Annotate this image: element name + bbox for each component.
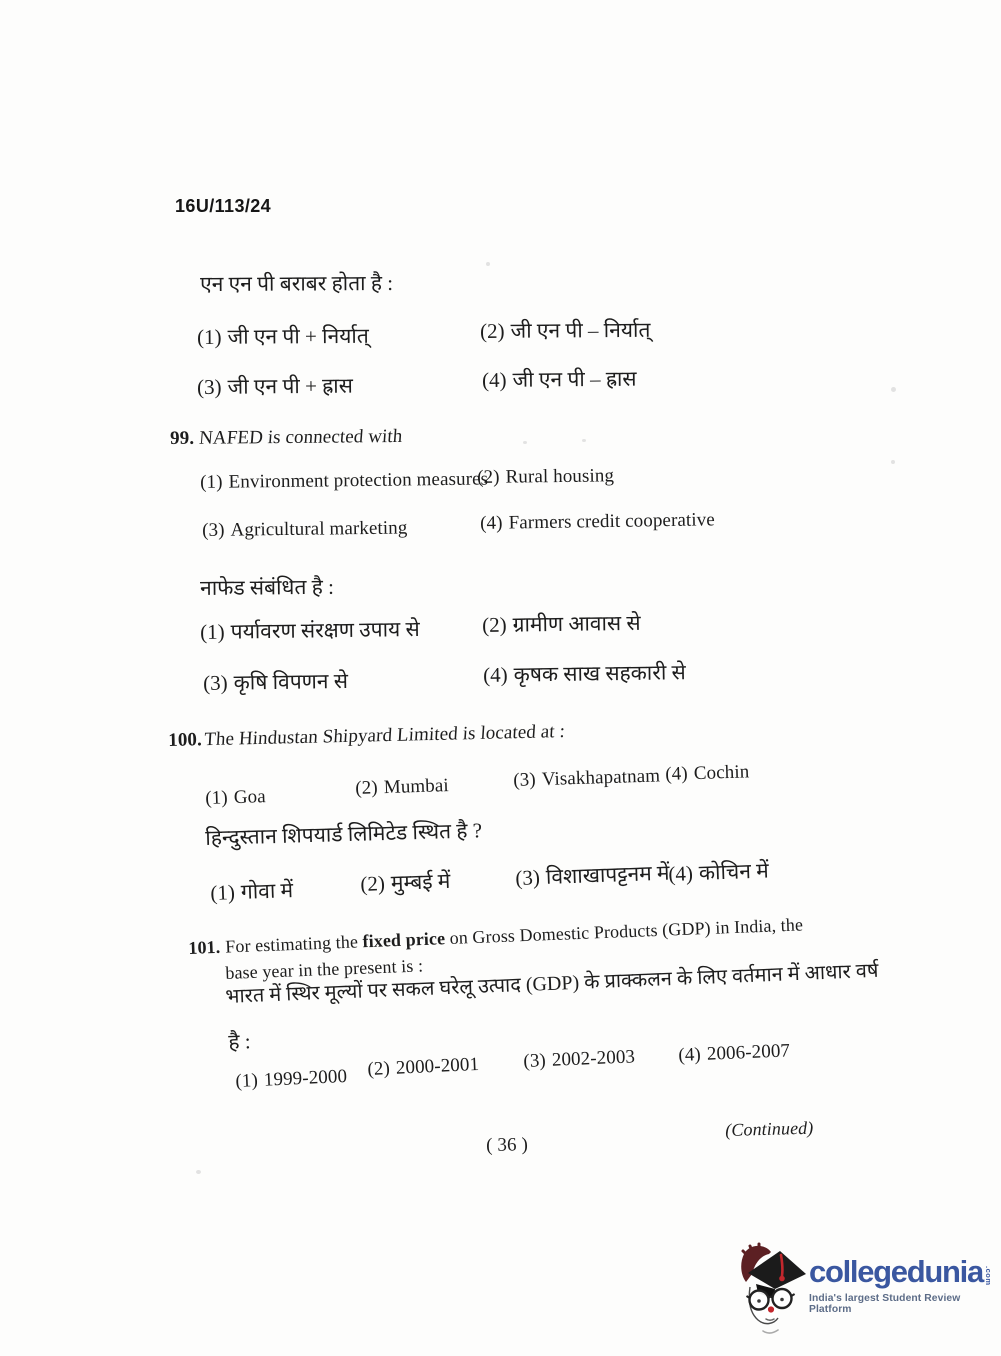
option-number: (4) xyxy=(665,763,688,785)
option-number: (3) xyxy=(203,671,228,695)
q99-option-4-hi: (4)कृषक साख सहकारी से xyxy=(483,660,686,687)
scan-speck xyxy=(582,439,586,442)
q100-option-4-hi: (4)कोचिन में xyxy=(668,858,769,886)
option-number: (1) xyxy=(200,472,223,493)
q99-option-4-en: (4)Farmers credit cooperative xyxy=(480,509,715,535)
option-text: Cochin xyxy=(693,761,749,784)
collegedunia-logo: collegedunia .com India's largest Studen… xyxy=(735,1241,997,1341)
q101-option-3: (3)2002-2003 xyxy=(523,1046,636,1073)
option-text: जी एन पी + ह्रास xyxy=(227,374,353,399)
q98-option-2: (2)जी एन पी – निर्यात् xyxy=(480,318,651,343)
option-text: Rural housing xyxy=(505,465,614,487)
option-text: कोचिन में xyxy=(698,858,769,884)
q100-option-3-hi: (3)विशाखापट्टनम में xyxy=(515,861,670,891)
q99-prompt-hindi: नाफेड संबंधित है : xyxy=(200,575,334,600)
option-number: (4) xyxy=(482,368,507,392)
brand-name: collegedunia xyxy=(809,1256,983,1287)
question-text-part: For estimating the xyxy=(225,931,363,956)
option-text: कृषक साख सहकारी से xyxy=(513,660,685,686)
q100-question-english: 100.The Hindustan Shipyard Limited is lo… xyxy=(168,721,565,752)
option-number: (1) xyxy=(235,1070,258,1092)
question-number: 99. xyxy=(170,428,194,449)
option-text: ग्रामीण आवास से xyxy=(512,611,640,637)
option-number: (3) xyxy=(202,520,225,541)
q100-option-3-en: (3)Visakhapatnam xyxy=(513,765,660,791)
option-text: जी एन पी – ह्रास xyxy=(512,367,636,392)
logo-text-block: collegedunia .com India's largest Studen… xyxy=(809,1241,997,1341)
option-number: (2) xyxy=(480,319,505,343)
q100-option-2-hi: (2)मुम्बई में xyxy=(360,869,451,896)
option-number: (4) xyxy=(668,861,693,886)
option-text: गोवा में xyxy=(240,878,293,904)
option-number: (2) xyxy=(355,777,378,799)
option-text: कृषि विपणन से xyxy=(233,669,348,695)
option-text: मुम्बई में xyxy=(390,869,450,895)
q98-option-3: (3)जी एन पी + ह्रास xyxy=(197,374,353,399)
brand-tld: .com xyxy=(984,1266,993,1286)
option-number: (4) xyxy=(480,513,503,534)
option-text: जी एन पी + निर्यात् xyxy=(227,324,368,349)
option-text: Environment protection measures xyxy=(228,468,488,492)
q100-prompt-hindi: हिन्दुस्तान शिपयार्ड लिमिटेड स्थित है ? xyxy=(205,818,482,850)
option-number: (2) xyxy=(477,467,500,488)
q101-option-2: (2)2000-2001 xyxy=(367,1054,480,1081)
q99-option-3-hi: (3)कृषि विपणन से xyxy=(203,669,348,695)
scan-speck xyxy=(486,262,490,266)
option-text: 2000-2001 xyxy=(395,1054,479,1079)
option-number: (2) xyxy=(367,1058,390,1080)
option-text: Visakhapatnam xyxy=(541,765,660,790)
paper-code: 16U/113/24 xyxy=(175,196,271,217)
scan-speck xyxy=(523,441,527,444)
q98-option-1: (1)जी एन पी + निर्यात् xyxy=(197,324,369,349)
scan-speck xyxy=(196,1170,201,1174)
continued-note: (Continued) xyxy=(725,1118,814,1141)
collegedunia-mascot-icon xyxy=(735,1241,807,1337)
option-number: (2) xyxy=(360,871,385,896)
q101-question-hindi-line2: है : xyxy=(228,1029,251,1054)
option-number: (1) xyxy=(210,880,235,905)
option-number: (1) xyxy=(205,787,228,809)
option-number: (1) xyxy=(200,620,225,644)
option-text: 2006-2007 xyxy=(706,1040,790,1064)
q99-option-2-hi: (2)ग्रामीण आवास से xyxy=(482,611,641,637)
q101-question-english-line1: 101.For estimating the fixed price on Gr… xyxy=(188,914,803,958)
q100-option-1-en: (1)Goa xyxy=(205,786,266,810)
q99-option-1-en: (1)Environment protection measures xyxy=(200,468,488,493)
q99-option-1-hi: (1)पर्यावरण संरक्षण उपाय से xyxy=(200,617,420,644)
brand-tagline: India's largest Student Review Platform xyxy=(809,1293,997,1315)
question-text-bold: fixed price xyxy=(362,928,445,951)
option-text: विशाखापट्टनम में xyxy=(545,861,669,889)
scan-speck xyxy=(891,387,896,392)
option-number: (3) xyxy=(523,1050,546,1072)
option-number: (3) xyxy=(197,375,222,399)
option-number: (3) xyxy=(515,865,540,890)
q100-option-4-en: (4)Cochin xyxy=(665,761,750,785)
scanned-question-paper: 16U/113/24 एन एन पी बराबर होता है : (1)ज… xyxy=(0,0,1001,1356)
option-text: Mumbai xyxy=(383,775,449,798)
option-text: Farmers credit cooperative xyxy=(508,509,715,533)
q101-option-4: (4)2006-2007 xyxy=(678,1040,791,1067)
question-number: 100. xyxy=(168,729,202,751)
option-text: 1999-2000 xyxy=(263,1066,347,1091)
option-text: Goa xyxy=(233,786,266,808)
option-number: (3) xyxy=(513,769,536,791)
q99-option-3-en: (3)Agricultural marketing xyxy=(202,517,408,541)
page-number: ( 36 ) xyxy=(486,1134,528,1157)
option-text: जी एन पी – निर्यात् xyxy=(510,318,650,343)
question-text: NAFED is connected with xyxy=(198,426,403,450)
option-text: Agricultural marketing xyxy=(230,517,407,540)
q100-option-1-hi: (1)गोवा में xyxy=(210,878,293,905)
option-text: 2002-2003 xyxy=(551,1046,635,1070)
q99-option-2-en: (2)Rural housing xyxy=(477,465,614,489)
option-number: (4) xyxy=(483,663,508,687)
question-text: The Hindustan Shipyard Limited is locate… xyxy=(203,721,565,751)
option-number: (1) xyxy=(197,325,222,349)
option-text: पर्यावरण संरक्षण उपाय से xyxy=(230,617,419,644)
option-number: (4) xyxy=(678,1044,701,1066)
q101-option-1: (1)1999-2000 xyxy=(235,1066,348,1093)
question-number: 101. xyxy=(188,937,221,958)
option-number: (2) xyxy=(482,613,507,637)
q98-option-4: (4)जी एन पी – ह्रास xyxy=(482,367,637,392)
q98-prompt-hindi: एन एन पी बराबर होता है : xyxy=(200,271,393,296)
question-text-part: on Gross Domestic Products (GDP) in Indi… xyxy=(445,914,804,948)
q99-question-english: 99.NAFED is connected with xyxy=(170,426,403,450)
q100-option-2-en: (2)Mumbai xyxy=(355,775,449,800)
scan-speck xyxy=(891,460,895,464)
